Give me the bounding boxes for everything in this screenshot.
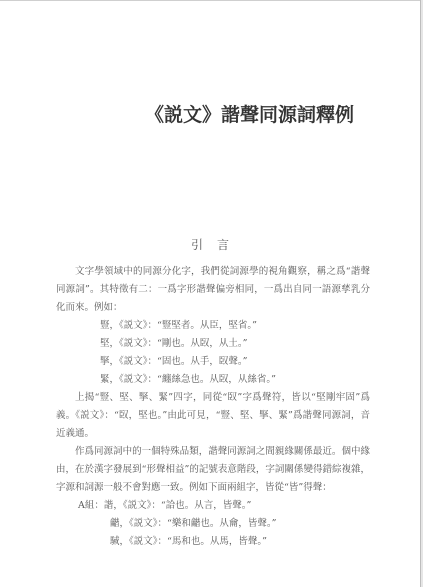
example-entry: 䮙，《説文》：“馬和也。从馬，皆聲。” — [56, 533, 370, 551]
paragraph-2: 上揭“豎、堅、掔、緊”四字，同從“臤”字爲聲符，皆以“堅剛牢固”爲義。《説文》：… — [56, 389, 370, 443]
paragraph-1: 文字學領域中的同源分化字，我們從詞源學的視角觀察，稱之爲“諧聲同源詞”。其特徵有… — [56, 263, 370, 317]
section-heading-introduction: 引言 — [140, 236, 280, 253]
page-top-border — [0, 0, 420, 1]
body-text: 文字學領域中的同源分化字，我們從詞源學的視角觀察，稱之爲“諧聲同源詞”。其特徵有… — [56, 263, 370, 551]
example-entry: 緊，《説文》：“纏絲急也。从臤，从絲省。” — [56, 371, 370, 389]
example-entry: 堅，《説文》：“剛也。从臤，从土。” — [56, 335, 370, 353]
paragraph-3: 作爲同源詞中的一個特殊品類，諧聲同源詞之間親緣關係最近。個中緣由，在於漢字發展到… — [56, 443, 370, 497]
example-entry: 龤，《説文》：“樂和龤也。从龠，皆聲。” — [56, 515, 370, 533]
example-entry-group-a: A組：諧，《説文》：“詥也。从言，皆聲。” — [56, 497, 370, 515]
chapter-title: 《説文》諧聲同源詞釋例 — [145, 100, 370, 130]
example-entry: 豎，《説文》：“豎堅者。从臣，堅省。” — [56, 317, 370, 335]
example-entry: 掔，《説文》：“固也。从手，臤聲。” — [56, 353, 370, 371]
